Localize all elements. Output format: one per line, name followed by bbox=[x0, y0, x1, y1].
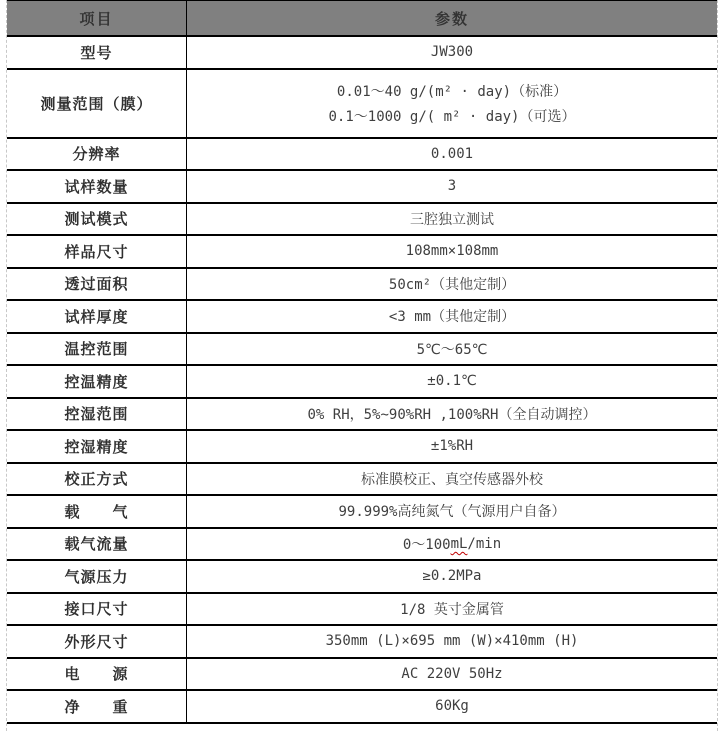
table-row-dimensions: 外形尺寸 350mm (L)×695 mm (W)×410mm (H) bbox=[7, 626, 717, 659]
spec-value: 108mm×108mm bbox=[187, 236, 717, 267]
spec-value: 3 bbox=[187, 171, 717, 202]
spec-label: 净 重 bbox=[7, 691, 187, 722]
table-row-permeation-area: 透过面积 50cm²（其他定制） bbox=[7, 269, 717, 302]
spec-label: 电 源 bbox=[7, 659, 187, 690]
spec-value: 0.001 bbox=[187, 139, 717, 170]
table-row-humidity-range: 控湿范围 0% RH，5%~90%RH ,100%RH（全自动调控） bbox=[7, 399, 717, 432]
spec-value: 50cm²（其他定制） bbox=[187, 269, 717, 300]
document-sheet: 项目 参数 型号 JW300 测量范围（膜） 0.01～40 g/(m² · d… bbox=[6, 0, 718, 731]
spec-value: 60Kg bbox=[187, 691, 717, 722]
spec-label: 载 气 bbox=[7, 496, 187, 527]
spec-table: 项目 参数 型号 JW300 测量范围（膜） 0.01～40 g/(m² · d… bbox=[7, 0, 717, 724]
spec-label: 控湿范围 bbox=[7, 399, 187, 430]
spec-value: 0% RH，5%~90%RH ,100%RH（全自动调控） bbox=[187, 399, 717, 430]
spec-label: 测量范围（膜） bbox=[7, 70, 187, 137]
spec-label: 试样数量 bbox=[7, 171, 187, 202]
table-row-resolution: 分辨率 0.001 bbox=[7, 139, 717, 172]
table-row-temp-accuracy: 控温精度 ±0.1℃ bbox=[7, 366, 717, 399]
table-row-sample-thickness: 试样厚度 <3 mm（其他定制） bbox=[7, 301, 717, 334]
spec-value-line-1: 0.01～40 g/(m² · day)（标准） bbox=[337, 81, 567, 101]
spec-label: 气源压力 bbox=[7, 561, 187, 592]
table-row-temp-range: 温控范围 5℃～65℃ bbox=[7, 334, 717, 367]
table-row-gas-flow: 载气流量 0～100 mL/min bbox=[7, 529, 717, 562]
spec-label: 透过面积 bbox=[7, 269, 187, 300]
spec-value: AC 220V 50Hz bbox=[187, 659, 717, 690]
spec-label: 控温精度 bbox=[7, 366, 187, 397]
spec-label: 载气流量 bbox=[7, 529, 187, 560]
table-row-test-mode: 测试模式 三腔独立测试 bbox=[7, 204, 717, 237]
table-row-humidity-accuracy: 控湿精度 ±1%RH bbox=[7, 431, 717, 464]
spec-label: 型号 bbox=[7, 37, 187, 68]
spec-label: 测试模式 bbox=[7, 204, 187, 235]
spec-value-prefix: 0～100 bbox=[403, 534, 451, 554]
table-row-gas-pressure: 气源压力 ≥0.2MPa bbox=[7, 561, 717, 594]
spec-label: 分辨率 bbox=[7, 139, 187, 170]
spec-label: 接口尺寸 bbox=[7, 594, 187, 625]
spec-value: 1/8 英寸金属管 bbox=[187, 594, 717, 625]
spec-value: ±1%RH bbox=[187, 431, 717, 462]
header-cell-item: 项目 bbox=[7, 1, 187, 35]
spec-value: 0～100 mL/min bbox=[187, 529, 717, 560]
spec-label: 外形尺寸 bbox=[7, 626, 187, 657]
table-row-sample-size: 样品尺寸 108mm×108mm bbox=[7, 236, 717, 269]
spec-value: ±0.1℃ bbox=[187, 366, 717, 397]
spec-value: JW300 bbox=[187, 37, 717, 68]
spec-value: 99.999%高纯氮气（气源用户自备） bbox=[187, 496, 717, 527]
table-row-model: 型号 JW300 bbox=[7, 37, 717, 70]
spec-label: 校正方式 bbox=[7, 464, 187, 495]
spec-value: 5℃～65℃ bbox=[187, 334, 717, 365]
spec-label: 温控范围 bbox=[7, 334, 187, 365]
spec-value-line-2: 0.1～1000 g/( m² · day)（可选） bbox=[328, 106, 575, 126]
spec-value: 标准膜校正、真空传感器外校 bbox=[187, 464, 717, 495]
table-row-measure-range: 测量范围（膜） 0.01～40 g/(m² · day)（标准） 0.1～100… bbox=[7, 70, 717, 139]
spec-value-spellcheck-underline: mL bbox=[451, 536, 468, 552]
spec-value-suffix: /min bbox=[467, 536, 501, 552]
spec-label: 控湿精度 bbox=[7, 431, 187, 462]
spec-value: <3 mm（其他定制） bbox=[187, 301, 717, 332]
spec-value: 0.01～40 g/(m² · day)（标准） 0.1～1000 g/( m²… bbox=[187, 70, 717, 137]
table-row-sample-count: 试样数量 3 bbox=[7, 171, 717, 204]
table-header-row: 项目 参数 bbox=[7, 0, 717, 37]
spec-label: 样品尺寸 bbox=[7, 236, 187, 267]
table-row-port-size: 接口尺寸 1/8 英寸金属管 bbox=[7, 594, 717, 627]
table-row-calibration: 校正方式 标准膜校正、真空传感器外校 bbox=[7, 464, 717, 497]
table-row-carrier-gas: 载 气 99.999%高纯氮气（气源用户自备） bbox=[7, 496, 717, 529]
table-row-net-weight: 净 重 60Kg bbox=[7, 691, 717, 724]
spec-value: ≥0.2MPa bbox=[187, 561, 717, 592]
header-cell-param: 参数 bbox=[187, 1, 717, 35]
table-row-power: 电 源 AC 220V 50Hz bbox=[7, 659, 717, 692]
spec-label: 试样厚度 bbox=[7, 301, 187, 332]
spec-value: 350mm (L)×695 mm (W)×410mm (H) bbox=[187, 626, 717, 657]
spec-value: 三腔独立测试 bbox=[187, 204, 717, 235]
